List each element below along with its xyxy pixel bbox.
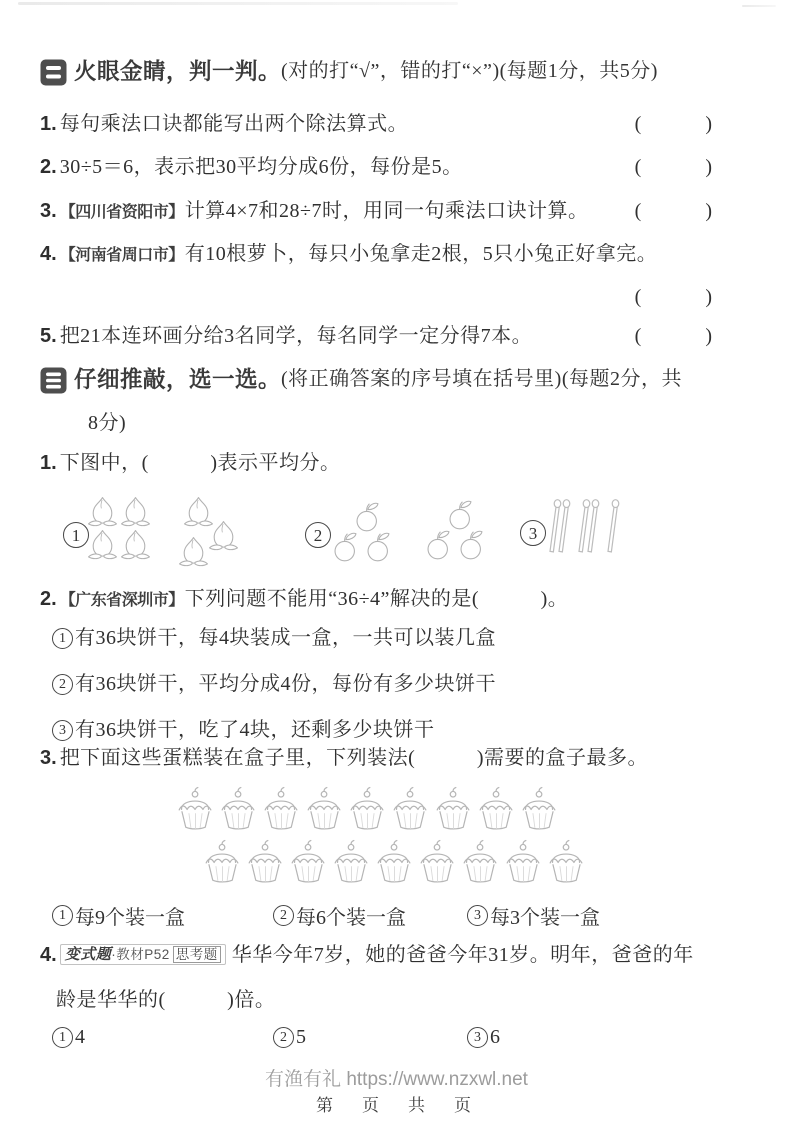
cupcake-row-2 bbox=[202, 839, 592, 887]
peach-icon bbox=[208, 520, 239, 551]
peach-icon bbox=[120, 496, 151, 527]
peach-icon bbox=[87, 529, 118, 560]
matchstick-icon bbox=[603, 498, 622, 556]
choose-q4-option-3: 3 6 bbox=[467, 1026, 500, 1049]
cupcake-icon bbox=[417, 839, 458, 884]
question-text-line2: 龄是华华的( )倍。 bbox=[56, 986, 745, 1015]
question-text: 变式题·教材P52思考题华华今年7岁，她的爸爸今年31岁。明年，爸爸的年 bbox=[60, 941, 745, 970]
cupcake-icon bbox=[347, 786, 388, 831]
question-number: 2. bbox=[40, 585, 57, 614]
cupcake-icon bbox=[519, 786, 560, 831]
question-number: 4. bbox=[40, 240, 57, 269]
choose-q2-option-2: 2 有36块饼干，平均分成4份，每份有多少块饼干 bbox=[40, 670, 745, 699]
scan-artifact-top bbox=[18, 2, 458, 5]
cupcake-icon bbox=[546, 839, 587, 884]
peach-icon bbox=[178, 536, 209, 567]
section-judge-title: 火眼金睛，判一判。 bbox=[74, 57, 281, 86]
cupcake-icon bbox=[175, 786, 216, 831]
question-text: 下图中，( )表示平均分。 bbox=[60, 449, 745, 478]
question-text: 30÷5＝6，表示把30平均分成6份，每份是5。 bbox=[60, 153, 635, 182]
region-tag: 【广东省深圳市】 bbox=[60, 592, 184, 609]
circled-number: 2 bbox=[273, 1027, 294, 1048]
circled-number: 3 bbox=[467, 1027, 488, 1048]
choose-q4-option-1: 1 4 bbox=[52, 1026, 85, 1049]
question-number: 1. bbox=[40, 449, 57, 478]
question-text: 【广东省深圳市】下列问题不能用“36÷4”解决的是( )。 bbox=[60, 585, 745, 615]
question-text: 【河南省周口市】有10根萝卜，每只小兔拿走2根，5只小兔正好拿完。 bbox=[60, 240, 745, 270]
choose-q3-option-2: 2 每6个装一盒 bbox=[273, 901, 406, 930]
choose-question-3: 3. 把下面这些蛋糕装在盒子里，下列装法( )需要的盒子最多。 bbox=[40, 744, 745, 773]
cupcake-icon bbox=[460, 839, 501, 884]
circled-number: 2 bbox=[52, 674, 73, 695]
section-judge-subtitle: (对的打“√”，错的打“×”)(每题1分，共5分) bbox=[281, 57, 658, 86]
cupcake-row-1 bbox=[175, 786, 565, 834]
section-choose-title: 仔细推敲，选一选。 bbox=[74, 365, 281, 394]
option-text: 每9个装一盒 bbox=[75, 901, 185, 930]
option-text: 每6个装一盒 bbox=[296, 901, 406, 930]
circled-number: 3 bbox=[467, 905, 488, 926]
region-tag: 【河南省周口市】 bbox=[60, 247, 184, 264]
group-label-3: 3 bbox=[520, 520, 546, 546]
cupcake-icon bbox=[288, 839, 329, 884]
group-label-2: 2 bbox=[305, 522, 331, 548]
matchstick-icon bbox=[583, 498, 602, 556]
cupcake-icon bbox=[374, 839, 415, 884]
circled-number: 1 bbox=[52, 1027, 73, 1048]
choose-q3-options: 1 每9个装一盒 2 每6个装一盒 3 每3个装一盒 bbox=[40, 901, 745, 931]
cupcake-icon bbox=[433, 786, 474, 831]
judge-question-1: 1. 每句乘法口诀都能写出两个除法算式。 ( ) bbox=[40, 110, 745, 139]
choose-q4-option-2: 2 5 bbox=[273, 1026, 306, 1049]
section-choose-header: 仔细推敲，选一选。(将正确答案的序号填在括号里)(每题2分，共 bbox=[40, 365, 745, 394]
question-text: 【四川省资阳市】计算4×7和28÷7时，用同一句乘法口诀计算。 bbox=[60, 197, 635, 227]
apple-icon bbox=[330, 531, 361, 562]
choose-question-4-line2: 龄是华华的( )倍。 bbox=[40, 986, 745, 1015]
question-text: 把21本连环画分给3名同学，每名同学一定分得7本。 bbox=[60, 322, 635, 351]
group-label-1: 1 bbox=[63, 522, 89, 548]
question-text-body: 有10根萝卜，每只小兔拿走2根，5只小兔正好拿完。 bbox=[185, 243, 658, 265]
option-text: 有36块饼干，吃了4块，还剩多少块饼干 bbox=[75, 716, 745, 745]
section-choose-subtitle: (将正确答案的序号填在括号里)(每题2分，共 bbox=[281, 365, 682, 394]
question-text: 把下面这些蛋糕装在盒子里，下列装法( )需要的盒子最多。 bbox=[60, 744, 745, 773]
question-text: 每句乘法口诀都能写出两个除法算式。 bbox=[60, 110, 635, 139]
choose-q3-option-3: 3 每3个装一盒 bbox=[467, 901, 600, 930]
question-number: 3. bbox=[40, 197, 57, 226]
cupcake-icon bbox=[390, 786, 431, 831]
cupcake-icon bbox=[476, 786, 517, 831]
apple-icon bbox=[445, 499, 476, 530]
fruit-groups: 123 bbox=[40, 487, 745, 591]
peach-icon bbox=[87, 496, 118, 527]
footer-watermark: 有渔有礼 https://www.nzxwl.net bbox=[0, 1064, 793, 1091]
option-text: 每3个装一盒 bbox=[490, 901, 600, 930]
option-text: 5 bbox=[296, 1026, 306, 1049]
choose-question-4: 4. 变式题·教材P52思考题华华今年7岁，她的爸爸今年31岁。明年，爸爸的年 bbox=[40, 941, 745, 970]
matchstick-icon bbox=[554, 498, 573, 556]
answer-bracket: ( ) bbox=[635, 110, 713, 139]
answer-bracket: ( ) bbox=[635, 197, 713, 226]
question-text-line1: 华华今年7岁，她的爸爸今年31岁。明年，爸爸的年 bbox=[232, 944, 694, 966]
apple-icon bbox=[423, 529, 454, 560]
apple-icon bbox=[456, 529, 487, 560]
worksheet-page: 火眼金睛，判一判。(对的打“√”，错的打“×”)(每题1分，共5分) 1. 每句… bbox=[0, 0, 793, 1122]
judge-question-3: 3. 【四川省资阳市】计算4×7和28÷7时，用同一句乘法口诀计算。 ( ) bbox=[40, 197, 745, 227]
cupcake-icon bbox=[261, 786, 302, 831]
question-number: 2. bbox=[40, 153, 57, 182]
choose-q4-options: 1 4 2 5 3 6 bbox=[40, 1026, 745, 1056]
judge-question-5: 5. 把21本连环画分给3名同学，每名同学一定分得7本。 ( ) bbox=[40, 322, 745, 351]
circled-number: 1 bbox=[52, 905, 73, 926]
cupcake-icon bbox=[245, 839, 286, 884]
question-number: 4. bbox=[40, 941, 57, 970]
option-text: 4 bbox=[75, 1026, 85, 1049]
choose-question-1: 1. 下图中，( )表示平均分。 bbox=[40, 449, 745, 478]
apple-icon bbox=[363, 531, 394, 562]
cupcake-icon bbox=[202, 839, 243, 884]
section-choose-subtitle-wrap: 8分) bbox=[40, 409, 745, 438]
option-text: 6 bbox=[490, 1026, 500, 1049]
footer-page-number: 第 页 共 页 bbox=[0, 1091, 793, 1116]
judge-question-4-bracket-line: ( ) bbox=[40, 283, 745, 312]
scan-artifact-top-right bbox=[742, 5, 776, 7]
question-number: 3. bbox=[40, 744, 57, 773]
question-number: 1. bbox=[40, 110, 57, 139]
answer-bracket: ( ) bbox=[635, 153, 713, 182]
question-number: 5. bbox=[40, 322, 57, 351]
variant-question-badge: 变式题·教材P52思考题 bbox=[60, 944, 226, 965]
option-text: 有36块饼干，每4块装成一盒，一共可以装几盒 bbox=[75, 624, 745, 653]
circled-number: 1 bbox=[52, 628, 73, 649]
judge-question-4: 4. 【河南省周口市】有10根萝卜，每只小兔拿走2根，5只小兔正好拿完。 bbox=[40, 240, 745, 270]
choose-q3-option-1: 1 每9个装一盒 bbox=[52, 901, 185, 930]
choose-question-2: 2. 【广东省深圳市】下列问题不能用“36÷4”解决的是( )。 bbox=[40, 585, 745, 615]
answer-bracket: ( ) bbox=[635, 283, 713, 312]
option-text: 有36块饼干，平均分成4份，每份有多少块饼干 bbox=[75, 670, 745, 699]
choose-q2-option-1: 1 有36块饼干，每4块装成一盒，一共可以装几盒 bbox=[40, 624, 745, 653]
cupcake-icon bbox=[304, 786, 345, 831]
peach-icon bbox=[120, 529, 151, 560]
choose-q2-option-3: 3 有36块饼干，吃了4块，还剩多少块饼干 bbox=[40, 716, 745, 745]
cupcake-icon bbox=[218, 786, 259, 831]
three-bars-icon bbox=[40, 367, 67, 394]
cupcake-icon bbox=[331, 839, 372, 884]
question-text-body: 计算4×7和28÷7时，用同一句乘法口诀计算。 bbox=[185, 200, 589, 222]
circled-number: 3 bbox=[52, 720, 73, 741]
judge-question-2: 2. 30÷5＝6，表示把30平均分成6份，每份是5。 ( ) bbox=[40, 153, 745, 182]
cupcake-icon bbox=[503, 839, 544, 884]
answer-bracket: ( ) bbox=[635, 322, 713, 351]
section-judge-header: 火眼金睛，判一判。(对的打“√”，错的打“×”)(每题1分，共5分) bbox=[40, 57, 745, 86]
region-tag: 【四川省资阳市】 bbox=[60, 204, 184, 221]
question-text-body: 下列问题不能用“36÷4”解决的是( )。 bbox=[185, 588, 569, 610]
two-bars-icon bbox=[40, 59, 67, 86]
apple-icon bbox=[352, 501, 383, 532]
circled-number: 2 bbox=[273, 905, 294, 926]
